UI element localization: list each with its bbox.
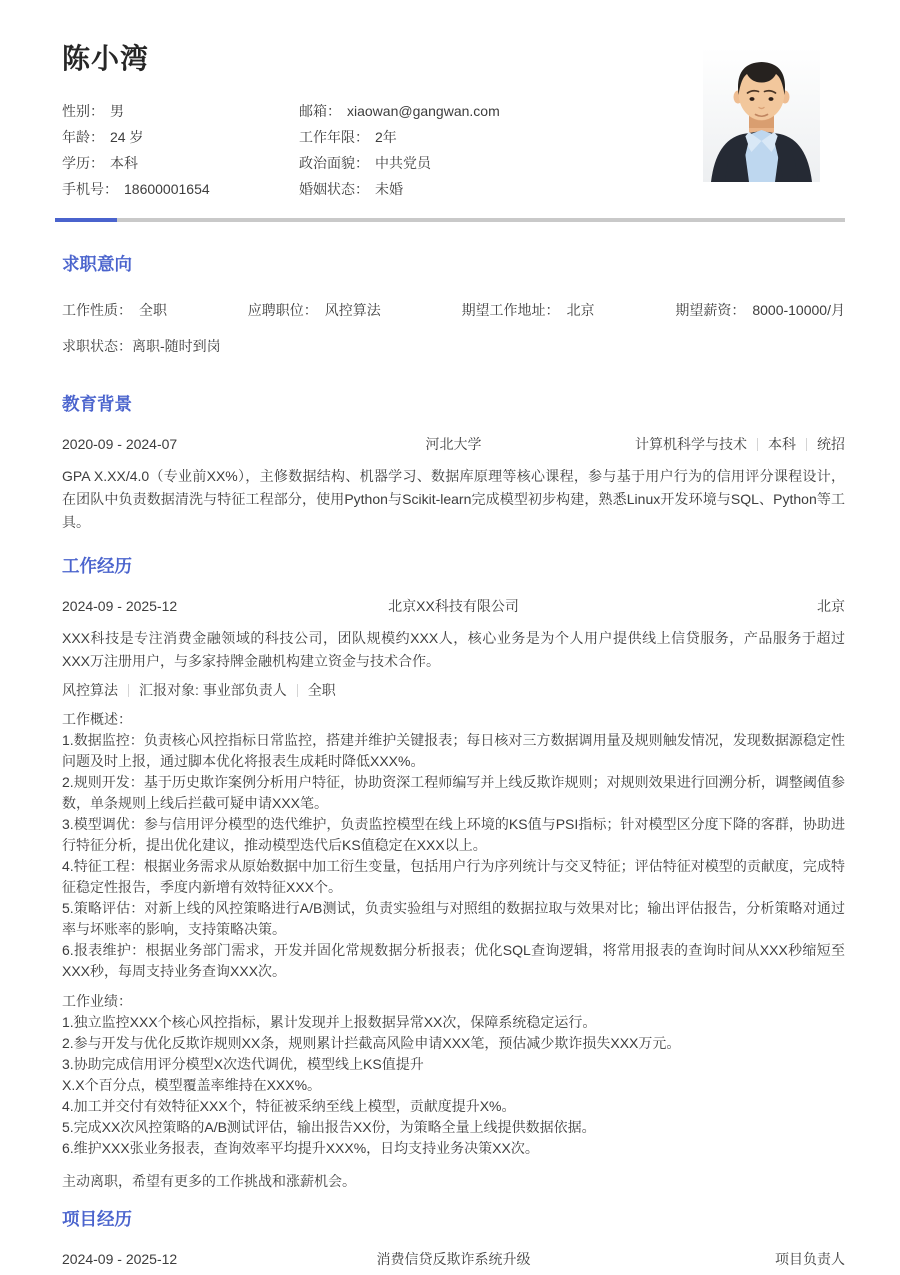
info-degree: 学历：本科 bbox=[62, 153, 299, 173]
overview-item: 1.数据监控：负责核心风控指标日常监控，搭建并维护关键报表；每日核对三方数据调用… bbox=[62, 730, 845, 772]
achievement-item: 2.参与开发与优化反欺诈规则XX条，规则累计拦截高风险申请XXX笔，预估减少欺诈… bbox=[62, 1033, 845, 1054]
overview-item: 3.模型调优：参与信用评分模型的迭代维护，负责监控模型在线上环境的KS值与PSI… bbox=[62, 814, 845, 856]
overview-item: 2.规则开发：基于历史欺诈案例分析用户特征，协助资深工程师编写并上线反欺诈规则；… bbox=[62, 772, 845, 814]
info-label: 工作年限： bbox=[299, 129, 369, 145]
report-to: 汇报对象: 事业部负责人 bbox=[139, 682, 287, 698]
info-age: 年龄：24 岁 bbox=[62, 127, 299, 147]
work-achievements-list: 工作业绩： 1.独立监控XXX个核心风控指标，累计发现并上报数据异常XX次，保障… bbox=[62, 991, 845, 1159]
resume-page: 陈小湾 bbox=[0, 0, 900, 1275]
major: 计算机科学与技术 bbox=[635, 436, 747, 452]
info-value: 2年 bbox=[375, 129, 397, 145]
divider-bar bbox=[128, 684, 129, 697]
info-gender: 性别：男 bbox=[62, 101, 299, 121]
info-value: 24 岁 bbox=[110, 129, 143, 145]
field-expected-salary: 期望薪资：8000-10000/月 bbox=[675, 301, 845, 319]
info-value: 中共党员 bbox=[375, 155, 431, 171]
job-intent-title: 求职意向 bbox=[62, 253, 845, 275]
education-period: 2020-09 - 2024-07 bbox=[62, 435, 177, 453]
info-label: 年龄： bbox=[62, 129, 104, 145]
field-label: 工作性质： bbox=[62, 302, 132, 318]
work-achievements-label: 工作业绩： bbox=[62, 991, 845, 1012]
field-target-city: 期望工作地址：北京 bbox=[462, 301, 595, 319]
field-value: 离职-随时到岗 bbox=[132, 338, 221, 354]
info-label: 手机号： bbox=[62, 181, 118, 197]
position-name: 风控算法 bbox=[62, 682, 118, 698]
enroll-type: 统招 bbox=[817, 436, 845, 452]
info-phone: 手机号：18600001654 bbox=[62, 179, 299, 199]
field-job-status: 求职状态：离职-随时到岗 bbox=[62, 337, 845, 355]
position-row: 风控算法汇报对象: 事业部负责人全职 bbox=[62, 681, 845, 699]
info-label: 学历： bbox=[62, 155, 104, 171]
info-value: xiaowan@gangwan.com bbox=[347, 103, 500, 119]
work-period: 2024-09 - 2025-12 bbox=[62, 597, 177, 615]
company-intro: XXX科技是专注消费金融领域的科技公司，团队规模约XXX人，核心业务是为个人用户… bbox=[62, 627, 845, 673]
resume-header: 陈小湾 bbox=[55, 42, 845, 222]
education-detail: 计算机科学与技术本科统招 bbox=[635, 435, 845, 453]
achievement-item: 6.维护XXX张业务报表，查询效率平均提升XXX%，日均支持业务决策XX次。 bbox=[62, 1138, 845, 1159]
project-title: 项目经历 bbox=[62, 1208, 845, 1230]
work-title: 工作经历 bbox=[62, 555, 845, 577]
overview-item: 4.特征工程：根据业务需求从原始数据中加工衍生变量，包括用户行为序列统计与交叉特… bbox=[62, 856, 845, 898]
field-target-position: 应聘职位：风控算法 bbox=[248, 301, 381, 319]
info-value: 未婚 bbox=[375, 181, 403, 197]
job-intent-fields: 工作性质：全职 应聘职位：风控算法 期望工作地址：北京 期望薪资：8000-10… bbox=[62, 301, 845, 319]
achievement-item: 4.加工并交付有效特征XXX个，特征被采纳至线上模型，贡献度提升X%。 bbox=[62, 1096, 845, 1117]
field-value: 全职 bbox=[139, 302, 167, 318]
achievement-item: 5.完成XX次风控策略的A/B测试评估，输出报告XX份，为策略全量上线提供数据依… bbox=[62, 1117, 845, 1138]
project-period: 2024-09 - 2025-12 bbox=[62, 1250, 177, 1268]
info-value: 男 bbox=[110, 103, 124, 119]
achievement-item: 1.独立监控XXX个核心风控指标，累计发现并上报数据异常XX次，保障系统稳定运行… bbox=[62, 1012, 845, 1033]
education-description: GPA X.XX/4.0（专业前XX%），主修数据结构、机器学习、数据库原理等核… bbox=[62, 465, 845, 534]
field-label: 期望工作地址： bbox=[462, 302, 560, 318]
field-job-nature: 工作性质：全职 bbox=[62, 301, 167, 319]
project-name: 消费信贷反欺诈系统升级 bbox=[377, 1250, 531, 1268]
info-label: 邮箱： bbox=[299, 103, 341, 119]
divider-accent bbox=[55, 218, 117, 222]
field-label: 求职状态： bbox=[62, 338, 132, 354]
section-work-experience: 工作经历 2024-09 - 2025-12 北京XX科技有限公司 北京 XXX… bbox=[55, 555, 845, 1192]
divider-bar bbox=[297, 684, 298, 697]
achievement-item: 3.协助完成信用评分模型X次迭代调优，模型线上KS值提升 X.X个百分点，模型覆… bbox=[62, 1054, 845, 1096]
header-divider bbox=[55, 218, 845, 222]
divider-bar bbox=[757, 438, 758, 451]
degree: 本科 bbox=[768, 436, 796, 452]
section-job-intent: 求职意向 工作性质：全职 应聘职位：风控算法 期望工作地址：北京 期望薪资：80… bbox=[55, 253, 845, 355]
field-value: 8000-10000/月 bbox=[752, 302, 845, 318]
info-label: 政治面貌： bbox=[299, 155, 369, 171]
section-education: 教育背景 2020-09 - 2024-07 河北大学 计算机科学与技术本科统招… bbox=[55, 393, 845, 534]
work-meta-row: 2024-09 - 2025-12 北京XX科技有限公司 北京 bbox=[62, 597, 845, 615]
school-name: 河北大学 bbox=[426, 435, 482, 453]
company-name: 北京XX科技有限公司 bbox=[388, 597, 519, 615]
info-label: 婚姻状态： bbox=[299, 181, 369, 197]
work-overview-list: 工作概述： 1.数据监控：负责核心风控指标日常监控，搭建并维护关键报表；每日核对… bbox=[62, 709, 845, 982]
info-label: 性别： bbox=[62, 103, 104, 119]
divider-bar bbox=[806, 438, 807, 451]
info-value: 18600001654 bbox=[124, 181, 210, 197]
work-location: 北京 bbox=[817, 597, 845, 615]
work-overview-label: 工作概述： bbox=[62, 709, 845, 730]
leave-reason: 主动离职，希望有更多的工作挑战和涨薪机会。 bbox=[62, 1171, 845, 1192]
portrait-illustration bbox=[703, 48, 820, 182]
profile-photo bbox=[703, 48, 820, 182]
section-project-experience: 项目经历 2024-09 - 2025-12 消费信贷反欺诈系统升级 项目负责人 bbox=[55, 1208, 845, 1268]
education-meta-row: 2020-09 - 2024-07 河北大学 计算机科学与技术本科统招 bbox=[62, 435, 845, 453]
field-value: 风控算法 bbox=[325, 302, 381, 318]
project-role: 项目负责人 bbox=[775, 1250, 845, 1268]
field-label: 应聘职位： bbox=[248, 302, 318, 318]
overview-item: 6.报表维护：根据业务部门需求，开发并固化常规数据分析报表；优化SQL查询逻辑，… bbox=[62, 940, 845, 982]
info-value: 本科 bbox=[110, 155, 138, 171]
overview-item: 5.策略评估：对新上线的风控策略进行A/B测试，负责实验组与对照组的数据拉取与效… bbox=[62, 898, 845, 940]
job-type: 全职 bbox=[308, 682, 336, 698]
project-meta-row: 2024-09 - 2025-12 消费信贷反欺诈系统升级 项目负责人 bbox=[62, 1250, 845, 1268]
field-label: 期望薪资： bbox=[675, 302, 745, 318]
education-title: 教育背景 bbox=[62, 393, 845, 415]
field-value: 北京 bbox=[567, 302, 595, 318]
